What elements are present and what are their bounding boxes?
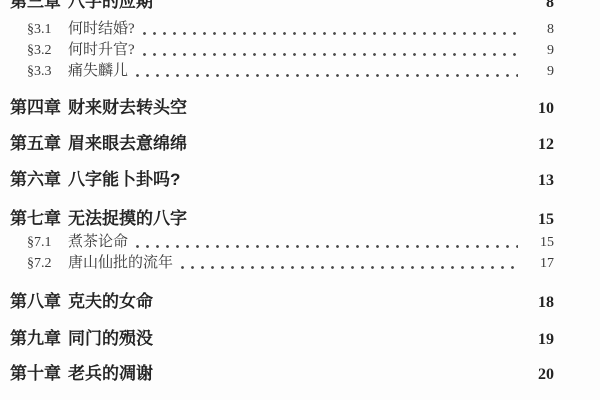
section-number: §3.1 (10, 21, 68, 39)
toc-chapter-entry[interactable]: 第五章 眉来眼去意绵绵 12 (10, 134, 554, 155)
leader-space (161, 292, 518, 313)
section-number: §7.1 (10, 234, 68, 252)
leader-space (161, 0, 518, 13)
toc-section-entry[interactable]: §7.2 唐山仙批的流年 17 (10, 254, 554, 273)
page-number: 8 (532, 0, 554, 13)
toc-section-entry[interactable]: §3.2 何时升官? 9 (10, 41, 554, 60)
leader-space (161, 364, 518, 385)
section-title: 痛失麟儿 (68, 62, 128, 80)
page-number: 9 (532, 42, 554, 60)
toc-section-entry[interactable]: §7.1 煮茶论命 15 (10, 233, 554, 252)
chapter-title: 无法捉摸的八字 (68, 209, 187, 229)
leader-space (188, 170, 518, 191)
section-title: 何时升官? (68, 41, 135, 59)
section-number: §3.3 (10, 63, 68, 81)
section-title: 何时结婚? (68, 20, 135, 38)
chapter-title: 克夫的女命 (68, 292, 153, 312)
dot-leader (143, 41, 518, 60)
toc-chapter-entry[interactable]: 第十章 老兵的凋谢 20 (10, 364, 554, 385)
leader-space (195, 98, 518, 119)
toc-section-entry[interactable]: §3.3 痛失麟儿 9 (10, 62, 554, 81)
chapter-number: 第五章 (10, 134, 68, 154)
toc-chapter-entry[interactable]: 第八章 克夫的女命 18 (10, 292, 554, 313)
page-number: 15 (532, 210, 554, 230)
page-number: 15 (532, 234, 554, 252)
chapter-title: 八字的应期 (68, 0, 153, 12)
dot-leader (136, 62, 518, 81)
chapter-number: 第六章 (10, 170, 68, 190)
chapter-title: 八字能卜卦吗? (68, 170, 180, 190)
toc-chapter-entry[interactable]: 第七章 无法捉摸的八字 15 (10, 209, 554, 230)
page-number: 19 (532, 330, 554, 350)
toc-section-entry[interactable]: §3.1 何时结婚? 8 (10, 20, 554, 39)
chapter-number: 第三章 (10, 0, 68, 12)
chapter-title: 同门的殒没 (68, 329, 153, 349)
section-number: §3.2 (10, 42, 68, 60)
leader-space (161, 329, 518, 350)
page-number: 20 (532, 365, 554, 385)
chapter-number: 第十章 (10, 364, 68, 384)
section-title: 唐山仙批的流年 (68, 254, 173, 272)
chapter-number: 第八章 (10, 292, 68, 312)
page-number: 10 (532, 99, 554, 119)
page-number: 18 (532, 293, 554, 313)
toc-chapter-entry[interactable]: 第三章 八字的应期 8 (10, 0, 554, 13)
page-number: 9 (532, 63, 554, 81)
dot-leader (143, 20, 518, 39)
page-number: 13 (532, 171, 554, 191)
page-number: 12 (532, 135, 554, 155)
chapter-number: 第七章 (10, 209, 68, 229)
chapter-number: 第四章 (10, 98, 68, 118)
leader-space (195, 209, 518, 230)
section-title: 煮茶论命 (68, 233, 128, 251)
chapter-title: 眉来眼去意绵绵 (68, 134, 187, 154)
chapter-title: 财来财去转头空 (68, 98, 187, 118)
chapter-number: 第九章 (10, 329, 68, 349)
toc-chapter-entry[interactable]: 第四章 财来财去转头空 10 (10, 98, 554, 119)
dot-leader (136, 233, 518, 252)
toc-page: 第三章 八字的应期 8 §3.1 何时结婚? 8 §3.2 何时升官? 9 §3… (0, 0, 600, 400)
toc-chapter-entry[interactable]: 第九章 同门的殒没 19 (10, 329, 554, 350)
page-number: 8 (532, 21, 554, 39)
section-number: §7.2 (10, 255, 68, 273)
toc-chapter-entry[interactable]: 第六章 八字能卜卦吗? 13 (10, 170, 554, 191)
leader-space (195, 134, 518, 155)
page-number: 17 (532, 255, 554, 273)
dot-leader (181, 254, 518, 273)
chapter-title: 老兵的凋谢 (68, 364, 153, 384)
